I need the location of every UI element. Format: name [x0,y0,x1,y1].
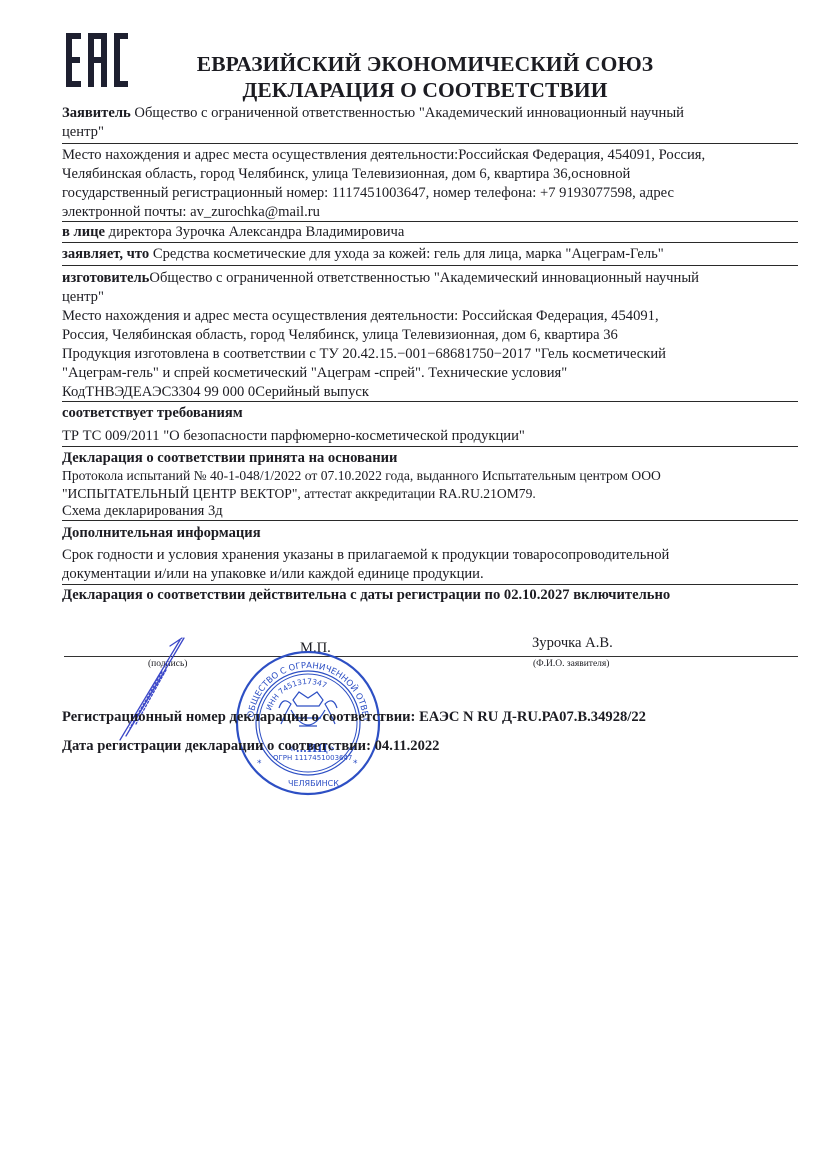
manufacturer-value-cont: центр" [62,288,104,307]
eac-logo-icon [66,33,128,87]
compliance-value: ТР ТС 009/2011 "О безопасности парфюмерн… [62,427,525,446]
applicant-name: Зурочка А.В. [532,635,613,652]
divider [62,446,798,447]
address-line-3: государственный регистрационный номер: 1… [62,184,674,203]
spec-line-1: Продукция изготовлена в соответствии с Т… [62,345,666,364]
spec-line-2: "Ацеграм-гель" и спрей косметический "Ац… [62,364,567,383]
document-title: ДЕКЛАРАЦИЯ О СООТВЕТСТВИИ [150,78,700,102]
registration-date-row: Дата регистрации декларации о соответств… [62,737,439,756]
manufacturer-address-1: Место нахождения и адрес места осуществл… [62,307,659,326]
divider [62,242,798,243]
basis-line-2: "ИСПЫТАТЕЛЬНЫЙ ЦЕНТР ВЕКТОР", аттестат а… [62,484,536,503]
manufacturer-row: изготовительОбщество с ограниченной отве… [62,269,699,288]
additional-line-1: Срок годности и условия хранения указаны… [62,546,669,565]
address-line-2: Челябинская область, город Челябинск, ул… [62,165,630,184]
registration-number-label: Регистрационный номер декларации о соотв… [62,709,419,725]
applicant-value: Общество с ограниченной ответственностью… [131,105,684,121]
compliance-label: соответствует требованиям [62,404,243,423]
email-line: электронной почты: av_zurochka@mail.ru [62,203,320,222]
divider [62,221,798,222]
address-line-1: Место нахождения и адрес места осуществл… [62,146,705,165]
divider [62,520,798,521]
basis-line-1: Протокола испытаний № 40-1-048/1/2022 от… [62,466,661,485]
manufacturer-address-2: Россия, Челябинская область, город Челяб… [62,326,618,345]
svg-text:*: * [257,759,262,769]
manufacturer-value: Общество с ограниченной ответственностью… [149,270,699,286]
divider [62,143,798,144]
scheme-line: Схема декларирования 3д [62,502,223,521]
validity-line: Декларация о соответствии действительна … [62,586,670,605]
represented-by-label: в лице [62,224,105,240]
additional-line-2: документации и/или на упаковке и/или каж… [62,565,484,584]
declares-row: заявляет, что Средства косметические для… [62,245,664,264]
union-title: ЕВРАЗИЙСКИЙ ЭКОНОМИЧЕСКИЙ СОЮЗ [150,52,700,76]
registration-number-row: Регистрационный номер декларации о соотв… [62,708,646,727]
svg-text:ЧЕЛЯБИНСК: ЧЕЛЯБИНСК [288,779,339,788]
applicant-label: Заявитель [62,105,131,121]
code-line: КодТНВЭДЕАЭС3304 99 000 0Серийный выпуск [62,383,369,402]
svg-text:*: * [353,759,358,769]
divider [62,265,798,266]
name-caption: (Ф.И.О. заявителя) [533,659,609,669]
registration-date-label: Дата регистрации декларации о соответств… [62,738,375,754]
divider [62,401,798,402]
represented-by-row: в лице директора Зурочка Александра Влад… [62,223,404,242]
applicant-row: Заявитель Общество с ограниченной ответс… [62,104,684,123]
additional-label: Дополнительная информация [62,524,261,543]
divider [62,584,798,585]
registration-date-value: 04.11.2022 [375,738,440,754]
represented-by-value: директора Зурочка Александра Владимирови… [105,224,404,240]
registration-number-value: ЕАЭС N RU Д-RU.РА07.В.34928/22 [419,709,646,725]
declares-value: Средства косметические для ухода за коже… [149,246,664,262]
applicant-value-cont: центр" [62,123,104,142]
manufacturer-label: изготовитель [62,270,149,286]
declares-label: заявляет, что [62,246,149,262]
